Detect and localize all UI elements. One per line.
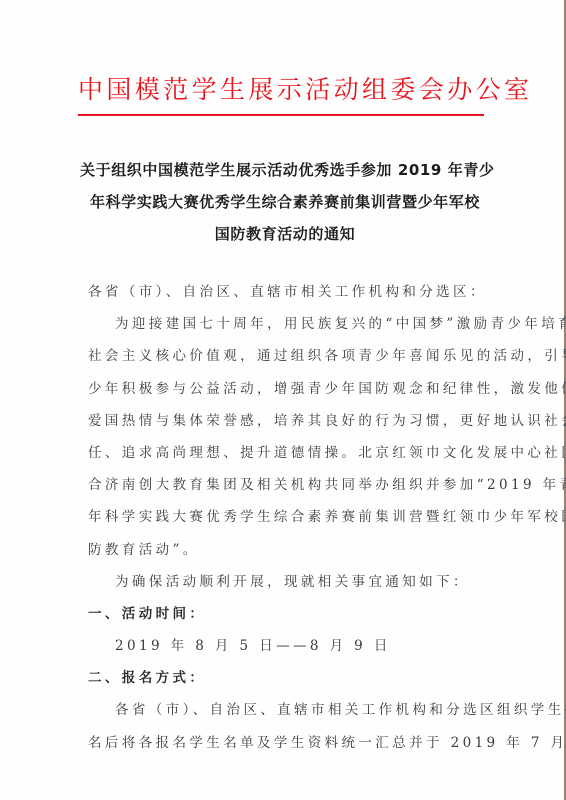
activity-dates: 2019 年 8 月 5 日——8 月 9 日: [88, 630, 488, 662]
salutation: 各省（市）、自治区、直辖市相关工作机构和分选区：: [88, 276, 488, 308]
paragraph-line: 各省（市）、自治区、直辖市相关工作机构和分选区组织学生报: [88, 694, 488, 726]
letterhead-title: 中国模范学生展示活动组委会办公室: [78, 72, 486, 108]
heading-line: 年科学实践大赛优秀学生综合素养赛前集训营暨少年军校: [80, 186, 490, 218]
paragraph-line: 为迎接建国七十周年，用民族复兴的“中国梦”激励青少年培育: [88, 308, 488, 340]
heading-line: 国防教育活动的通知: [80, 218, 490, 250]
section-title-registration: 二、报名方式：: [88, 662, 488, 694]
section-title-activity-time: 一、活动时间：: [88, 598, 488, 630]
paragraph-line: 名后将各报名学生名单及学生资料统一汇总并于 2019 年 7 月 15 日前: [88, 727, 488, 759]
notice-heading: 关于组织中国模范学生展示活动优秀选手参加 2019 年青少 年科学实践大赛优秀学…: [80, 154, 490, 250]
paragraph-line: 年科学实践大赛优秀学生综合素养赛前集训营暨红领巾少年军校国: [88, 501, 488, 533]
paragraph-line: 防教育活动”。: [88, 534, 488, 566]
paragraph-line: 爱国热情与集体荣誉感，培养其良好的行为习惯，更好地认识社会责: [88, 405, 488, 437]
heading-line: 关于组织中国模范学生展示活动优秀选手参加 2019 年青少: [80, 154, 490, 186]
paragraph-line: 合济南创大教育集团及相关机构共同举办组织并参加“2019 年青少: [88, 469, 488, 501]
paragraph-line: 社会主义核心价值观，通过组织各项青少年喜闻乐见的活动，引导青: [88, 340, 488, 372]
notice-body: 各省（市）、自治区、直辖市相关工作机构和分选区： 为迎接建国七十周年，用民族复兴…: [88, 276, 488, 759]
paragraph-intro: 为迎接建国七十周年，用民族复兴的“中国梦”激励青少年培育 社会主义核心价值观，通…: [88, 308, 488, 566]
paragraph-notice: 为确保活动顺利开展，现就相关事宜通知如下：: [88, 566, 488, 598]
paragraph-line: 少年积极参与公益活动，增强青少年国防观念和纪律性，激发他们的: [88, 373, 488, 405]
document-page: 中国模范学生展示活动组委会办公室 关于组织中国模范学生展示活动优秀选手参加 20…: [0, 0, 566, 800]
paragraph-line: 任、追求高尚理想、提升道德情操。北京红领巾文化发展中心社区联: [88, 437, 488, 469]
letterhead-red-rule: [78, 114, 484, 116]
